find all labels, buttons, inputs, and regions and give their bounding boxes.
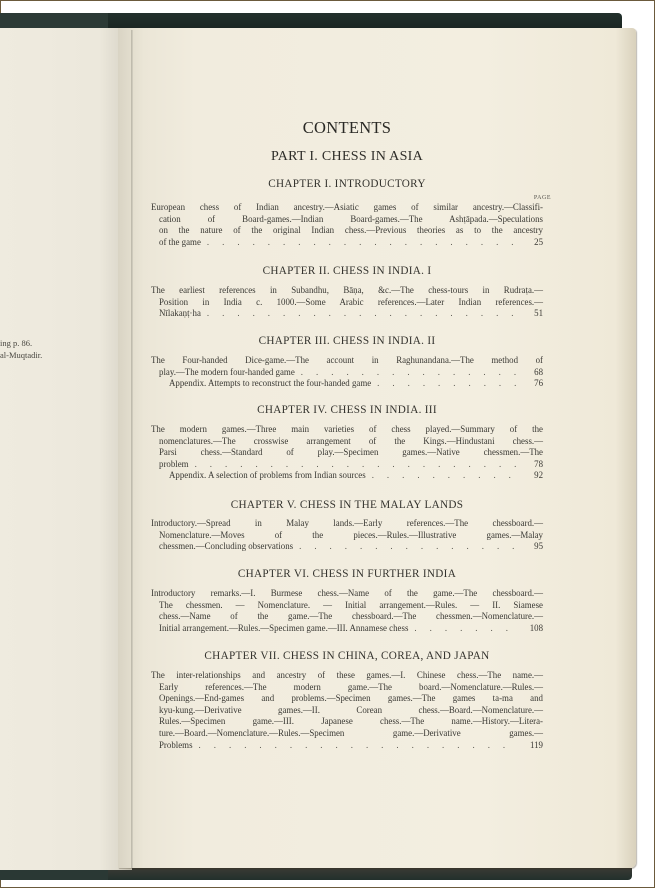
dot-leader: .............................. [207, 237, 517, 249]
entry-line: The inter-relationships and ancestry of … [151, 670, 543, 682]
entry-line: chess.—Name of the game.—The chessboard.… [151, 611, 543, 623]
entry-line: Initial arrangement.—Rules.—Specimen gam… [159, 623, 408, 635]
entry-line: Rules.—Specimen game.—III. Japanese ches… [151, 716, 543, 728]
entry-line: Openings.—End-games and problems.—Specim… [151, 693, 543, 705]
page-number: 76 [523, 378, 543, 390]
entry-last-line: problem .............................. 7… [151, 459, 543, 471]
entry-line: Position in India c. 1000.—Some Arabic r… [151, 297, 543, 309]
dot-leader: .............................. [195, 459, 517, 471]
page-number: 95 [523, 541, 543, 553]
entry-line: Nomenclature.—Moves of the pieces.—Rules… [151, 530, 543, 542]
page-number: 25 [523, 237, 543, 249]
book-cover-bottom-edge-left [0, 869, 108, 880]
dot-leader: .............................. [414, 623, 517, 635]
entry-line: ture.—Board.—Nomenclature.—Rules.—Specim… [151, 728, 543, 740]
chapter-heading: CHAPTER II. CHESS IN INDIA. I [151, 265, 543, 277]
entry-line: Appendix. Attempts to reconstruct the fo… [169, 378, 371, 390]
entry-line: Appendix. A selection of problems from I… [169, 470, 366, 482]
entry-line: The modern games.—Three main varieties o… [151, 424, 543, 436]
entry-line: chessmen.—Concluding observations [159, 541, 293, 553]
entry-line: kyu-kung.—Derivative games.—II. Corean c… [151, 705, 543, 717]
page-column-label: PAGE [534, 195, 551, 201]
entry-line: Parsi chess.—Standard of play.—Specimen … [151, 447, 543, 459]
chapter-heading: CHAPTER V. CHESS IN THE MALAY LANDS [151, 499, 543, 511]
entry-line: on the nature of the original Indian che… [151, 225, 543, 237]
toc-entry: European chess of Indian ancestry.—Asiat… [151, 202, 543, 248]
toc-entry: The inter-relationships and ancestry of … [151, 670, 543, 751]
entry-line: Early references.—The modern game.—The b… [151, 682, 543, 694]
entry-line: play.—The modern four-handed game [159, 367, 295, 379]
dot-leader: .............................. [301, 367, 517, 379]
entry-line: The Four-handed Dice-game.—The account i… [151, 355, 543, 367]
page-number: 108 [523, 623, 543, 635]
chapter-heading: CHAPTER III. CHESS IN INDIA. II [151, 335, 543, 347]
dot-leader: .............................. [377, 378, 517, 390]
entry-last-line: play.—The modern four-handed game ......… [151, 367, 543, 379]
toc-entry: Introductory remarks.—I. Burmese chess.—… [151, 588, 543, 634]
dot-leader: .............................. [207, 308, 517, 320]
page-number: 68 [523, 367, 543, 379]
entry-last-line: Initial arrangement.—Rules.—Specimen gam… [151, 623, 543, 635]
entry-line: Introductory.—Spread in Malay lands.—Ear… [151, 518, 543, 530]
page-number: 92 [523, 470, 543, 482]
chapter-heading: CHAPTER VI. CHESS IN FURTHER INDIA [151, 568, 543, 580]
page-number: 51 [523, 308, 543, 320]
dot-leader: .............................. [372, 470, 517, 482]
left-page: ing p. 86. al-Muqtadir. [0, 28, 132, 870]
entry-last-line: chessmen.—Concluding observations ......… [151, 541, 543, 553]
chapter-heading: CHAPTER VII. CHESS IN CHINA, COREA, AND … [151, 650, 543, 662]
page-number: 119 [523, 740, 543, 752]
appendix-line: Appendix. Attempts to reconstruct the fo… [151, 378, 543, 390]
entry-line: problem [159, 459, 189, 471]
entry-line: of the game [159, 237, 201, 249]
entry-line: Nīlakaṇṭ·ha [159, 308, 201, 320]
toc-entry: The Four-handed Dice-game.—The account i… [151, 355, 543, 390]
page-number: 78 [523, 459, 543, 471]
dot-leader: .............................. [299, 541, 517, 553]
contents-title: CONTENTS [151, 118, 543, 138]
appendix-line: Appendix. A selection of problems from I… [151, 470, 543, 482]
book-gutter [131, 30, 133, 868]
entry-last-line: Nīlakaṇṭ·ha ............................… [151, 308, 543, 320]
toc-entry: Introductory.—Spread in Malay lands.—Ear… [151, 518, 543, 553]
entry-last-line: Problems .............................. … [151, 740, 543, 752]
left-page-note: ing p. 86. [0, 338, 32, 348]
entry-line: Problems [159, 740, 193, 752]
chapter-heading: CHAPTER IV. CHESS IN INDIA. III [151, 404, 543, 416]
left-page-note: al-Muqtadir. [0, 350, 42, 360]
entry-line: European chess of Indian ancestry.—Asiat… [151, 202, 543, 214]
entry-line: The chessmen. — Nomenclature. — Initial … [151, 600, 543, 612]
toc-entry: The modern games.—Three main varieties o… [151, 424, 543, 482]
entry-line: The earliest references in Subandhu, Bāṇ… [151, 285, 543, 297]
dot-leader: .............................. [199, 740, 517, 752]
toc-entry: The earliest references in Subandhu, Bāṇ… [151, 285, 543, 320]
chapter-heading: CHAPTER I. INTRODUCTORY [151, 178, 543, 190]
entry-line: Introductory remarks.—I. Burmese chess.—… [151, 588, 543, 600]
entry-line: nomenclatures.—The crosswise arrangement… [151, 436, 543, 448]
entry-last-line: of the game ............................… [151, 237, 543, 249]
part-heading: PART I. CHESS IN ASIA [151, 149, 543, 165]
entry-line: cation of Board-games.—Indian Board-game… [151, 214, 543, 226]
